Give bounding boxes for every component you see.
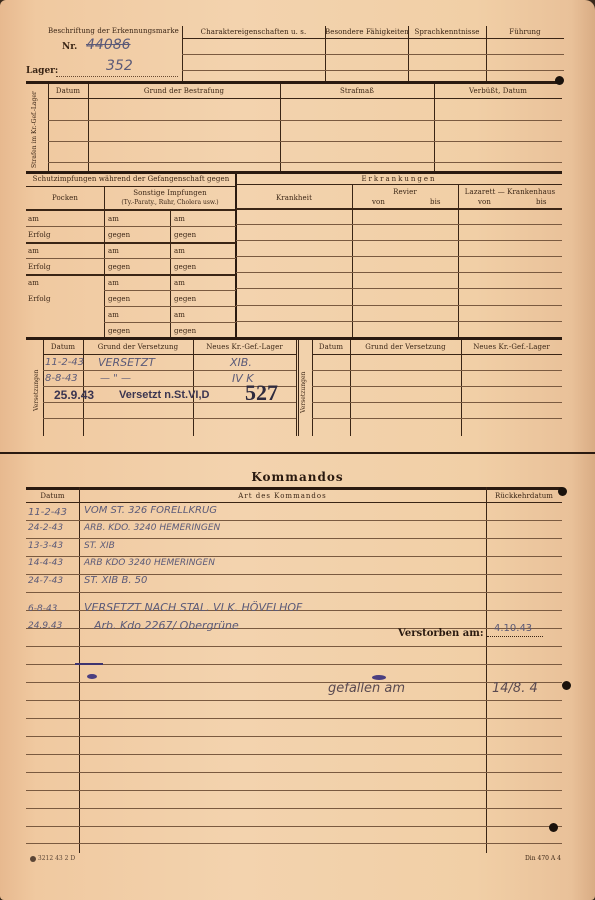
col-transfer-reason-r: Grund der Versetzung bbox=[350, 343, 461, 351]
col-punish-served: Verbüßt, Datum bbox=[434, 87, 562, 95]
stamp-number: 527 bbox=[245, 380, 278, 406]
col-pocken: Pocken bbox=[26, 194, 104, 202]
stamp-date: 25.9.43 bbox=[54, 388, 94, 402]
vacc-right-7: gegen bbox=[174, 327, 196, 335]
col-other-vaccines-sub: (Ty.-Paraty., Ruhr, Cholera usw.) bbox=[104, 199, 236, 206]
col-other-vaccines: Sonstige Impfungen bbox=[104, 189, 236, 197]
kdo-date-1: 24-2-43 bbox=[28, 523, 63, 533]
kdo-text-0: VOM ST. 326 FORELLKRUG bbox=[84, 505, 217, 516]
stamp-text: Versetzt n.St.VI,D bbox=[119, 389, 209, 401]
col-hospital: Lazarett — Krankenhaus bbox=[458, 188, 562, 196]
nr-label: Nr. bbox=[62, 42, 77, 52]
transfer-date-0: 11-2-43 bbox=[45, 357, 84, 368]
transfer-camp-0: XIB. bbox=[230, 356, 252, 369]
col-illness: Krankheit bbox=[236, 194, 352, 202]
kdo-text-2: ST. XIB bbox=[84, 541, 115, 551]
lager-label: Lager: bbox=[26, 66, 58, 76]
kdo-text-3: ARB KDO 3240 HEMERINGEN bbox=[84, 558, 215, 568]
vacc-left-3: Erfolg bbox=[28, 263, 51, 271]
vacc-mid-6: am bbox=[108, 311, 119, 319]
lager-dotted-line bbox=[56, 76, 178, 77]
col-transfer-date-r: Datum bbox=[312, 343, 350, 351]
kdo-date-0: 11-2-43 bbox=[28, 507, 67, 518]
footer-form-code: Din 470 A 4 bbox=[525, 855, 561, 862]
kdo-date-6: 24.9.43 bbox=[28, 621, 62, 631]
footer-print-code: 3212 43 2 D bbox=[30, 855, 75, 862]
col-conduct: Führung bbox=[486, 28, 564, 36]
col-punish-reason: Grund der Bestrafung bbox=[88, 87, 280, 95]
punch-hole bbox=[562, 681, 571, 690]
vacc-right-2: am bbox=[174, 247, 185, 255]
col-revier: Revier bbox=[352, 188, 458, 196]
record-card: Beschriftung der Erkennungsmarke Nr. 440… bbox=[0, 0, 595, 900]
col-hospital-from: von bbox=[478, 198, 491, 206]
fallen-date: 14/8. 4 bbox=[492, 681, 538, 696]
nr-value: 44086 bbox=[86, 37, 131, 53]
vacc-mid-3: gegen bbox=[108, 263, 130, 271]
vacc-right-3: gegen bbox=[174, 263, 196, 271]
col-abilities: Besondere Fähigkeiten bbox=[325, 28, 408, 36]
print-code-text: 3212 43 2 D bbox=[38, 855, 75, 862]
ink-blot bbox=[372, 675, 386, 680]
ink-mark bbox=[75, 663, 103, 665]
vacc-right-0: am bbox=[174, 215, 185, 223]
kdo-date-5: 6-8-43 bbox=[28, 604, 57, 614]
transfers-side-label-left: Versetzungen bbox=[33, 355, 40, 425]
fallen-note: gefallen am bbox=[328, 681, 405, 696]
col-kdo-type: Art des Kommandos bbox=[79, 492, 486, 500]
transfer-reason-0: VERSETZT bbox=[98, 356, 155, 369]
vacc-mid-4: am bbox=[108, 279, 119, 287]
col-transfer-camp: Neues Kr.-Gef.-Lager bbox=[193, 343, 296, 351]
col-revier-to: bis bbox=[430, 198, 441, 206]
col-punish-date: Datum bbox=[48, 87, 88, 95]
lager-value: 352 bbox=[106, 58, 133, 74]
col-character: Charaktereigenschaften u. s. bbox=[182, 28, 325, 36]
vacc-left-4: am bbox=[28, 279, 39, 287]
vacc-right-5: gegen bbox=[174, 295, 196, 303]
kdo-text-1: ARB. KDO. 3240 HEMERINGEN bbox=[84, 523, 220, 533]
kdo-text-5: VERSETZT NACH STAL. VI K. HÖVELHOF bbox=[84, 601, 302, 614]
col-revier-from: von bbox=[372, 198, 385, 206]
col-kdo-date: Datum bbox=[26, 492, 79, 500]
ink-blot bbox=[87, 674, 97, 679]
vacc-mid-7: gegen bbox=[108, 327, 130, 335]
transfer-date-1: 8-8-43 bbox=[45, 373, 78, 384]
vacc-left-5: Erfolg bbox=[28, 295, 51, 303]
col-kdo-return: Rückkehrdatum bbox=[486, 492, 562, 500]
id-tag-label: Beschriftung der Erkennungsmarke bbox=[48, 27, 179, 35]
col-transfer-reason: Grund der Versetzung bbox=[83, 343, 193, 351]
col-punish-measure: Strafmaß bbox=[280, 87, 434, 95]
punch-hole bbox=[555, 76, 564, 85]
vacc-mid-0: am bbox=[108, 215, 119, 223]
illnesses-title: Erkrankungen bbox=[236, 175, 562, 183]
died-value: 4.10.43 bbox=[494, 623, 532, 634]
col-hospital-to: bis bbox=[536, 198, 547, 206]
vacc-left-2: am bbox=[28, 247, 39, 255]
vacc-left-1: Erfolg bbox=[28, 231, 51, 239]
fold-line bbox=[0, 452, 595, 454]
vacc-left-0: am bbox=[28, 215, 39, 223]
punishments-side-label: Strafen im Kr.-Gef.-Lager bbox=[31, 96, 38, 168]
vacc-right-6: am bbox=[174, 311, 185, 319]
vacc-mid-5: gegen bbox=[108, 295, 130, 303]
transfer-reason-1: — " — bbox=[100, 373, 131, 384]
kdo-text-6: Arb. Kdo 2267/ Obergrüne bbox=[94, 619, 239, 632]
died-label: Verstorben am: bbox=[398, 628, 484, 639]
kdo-date-3: 14-4-43 bbox=[28, 558, 63, 568]
transfers-side-label-right: Versetzungen bbox=[300, 362, 307, 422]
vacc-mid-1: gegen bbox=[108, 231, 130, 239]
kdo-text-4: ST. XIB B. 50 bbox=[84, 575, 147, 586]
col-languages: Sprachkenntnisse bbox=[408, 28, 486, 36]
kdo-date-2: 13-3-43 bbox=[28, 541, 63, 551]
vacc-right-4: am bbox=[174, 279, 185, 287]
col-transfer-camp-r: Neues Kr.-Gef.-Lager bbox=[461, 343, 562, 351]
kommandos-title: Kommandos bbox=[0, 470, 595, 484]
vacc-mid-2: am bbox=[108, 247, 119, 255]
print-mark-icon bbox=[30, 856, 36, 862]
died-dotted-line bbox=[487, 636, 543, 637]
punch-hole bbox=[549, 823, 558, 832]
kdo-date-4: 24-7-43 bbox=[28, 576, 63, 586]
vacc-right-1: gegen bbox=[174, 231, 196, 239]
col-transfer-date: Datum bbox=[43, 343, 83, 351]
vaccinations-title: Schutzimpfungen während der Gefangenscha… bbox=[26, 175, 236, 183]
